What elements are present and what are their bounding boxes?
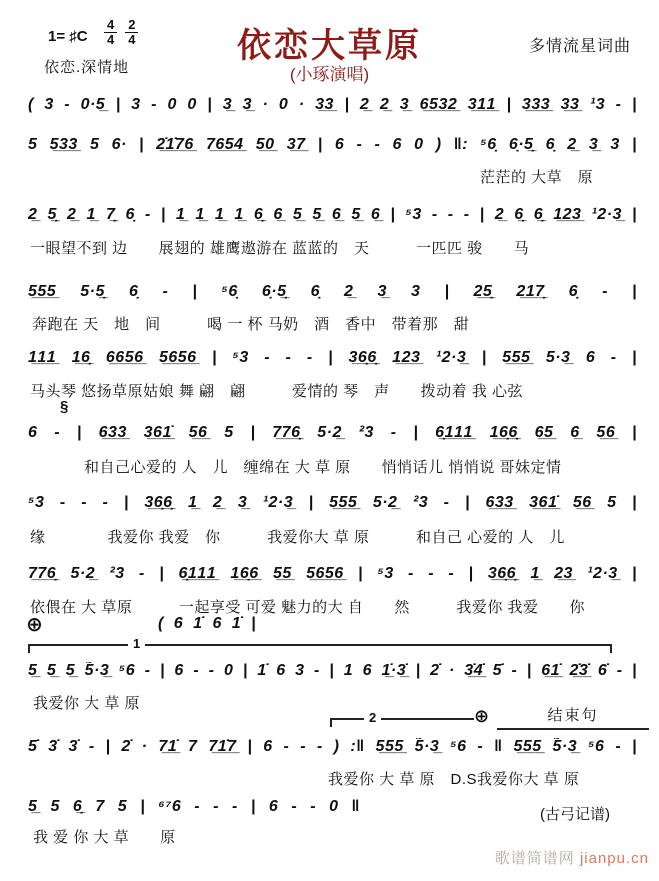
music-system-11: 5̲ 5 6̲̣ 7 5 | ⁶⁷6 - - - | 6 - - 0 ‖	[28, 798, 360, 825]
coda-icon: ⊕	[474, 706, 489, 727]
lyrics-line-4: 马头琴 悠扬草原姑娘 舞 翩 翩 爱情的 琴 声 拨动着 我 心弦	[30, 380, 523, 401]
first-ending-label: 1	[128, 636, 145, 651]
segno-icon: §	[60, 398, 68, 415]
notation-credit: (古弓记谱)	[540, 803, 610, 824]
lyrics-line-3: 奔跑在 天 地 间 喝 一 杯 马奶 酒 香中 带着那 甜	[32, 313, 469, 334]
second-ending-bracket: 2	[330, 718, 474, 727]
lyrics-line-1: 茫茫的 大草 原	[480, 166, 593, 187]
lyrics-line-2: 一眼望不到 边 展翅的 雄鹰遨游在 蓝蓝的 天 一匹匹 骏 马	[30, 237, 529, 258]
ending-phrase-label: 结束句	[497, 704, 649, 730]
sheet-music-page: 1= ♯C 4 4 2 4 依恋.深情地 依恋大草原 (小琢演唱) 多情流星词曲…	[0, 0, 659, 881]
music-system-2: 5 5̲3̲3̲ 5 6· | 2̲̇1̲̇7̲6̲ 7̲6̲5̲4̲ 5̲0̲…	[28, 136, 637, 163]
first-ending-bracket: 1	[28, 644, 612, 653]
music-system-10: 5̇ 3̇ 3̇ - | 2̇ · 7̲1̲̇ 7 7̲1̲̇7̲ | 6 - …	[28, 738, 637, 765]
coda-icon: ⊕	[26, 612, 43, 637]
watermark-site-url: jianpu.cn	[580, 850, 649, 867]
pickup-notes: ( 6 1̇ 6 1̇ |	[158, 615, 259, 633]
music-system-8: 7̲7̲6̲̣ 5·2̲ ²3 - | 6̲̣1̲1̲1̲ 1̲6̲̣6̲ 5̲…	[28, 565, 637, 592]
music-system-5: 1̲1̲1̲ 1̲6̲̣ 6̲6̲5̲6̲ 5̲6̲5̲6̲ | ⁵3 - - …	[28, 349, 637, 376]
music-system-7: ⁵3 - - - | 3̲6̲̣6̲̣ 1̲ 2̲ 3̲ ¹2·3̲ | 5̲5…	[28, 494, 637, 521]
lyrics-line-8: 我爱你 大 草 原	[33, 692, 140, 713]
watermark: 歌谱简谱网 jianpu.cn	[495, 847, 649, 868]
music-system-9: 5̲ 5̲ 5̲ 5̃·3̲ ⁵6 - | 6 - - 0 | 1̇ 6 3 -…	[28, 662, 637, 689]
lyrics-line-10: 我 爱 你 大 草 原	[33, 826, 176, 847]
second-ending-label: 2	[364, 710, 381, 725]
composer-credit: 多情流星词曲	[529, 33, 631, 56]
music-system-6: 6 - | 6̲3̲3̲ 3̲6̲1̲̇ 5̲6̲ 5 | 7̲7̲6̲̣ 5·…	[28, 424, 637, 451]
lyrics-line-9: 我爱你 大 草 原 D.S我爱你大 草 原	[328, 768, 579, 789]
watermark-site-name: 歌谱简谱网	[495, 850, 575, 867]
lyrics-line-7: 依偎在 大 草原 一起享受 可爱 魅力的大 自 然 我爱你 我爱 你	[30, 596, 585, 617]
lyrics-line-6: 缘 我爱你 我爱 你 我爱你大 草 原 和自己 心爱的 人 儿	[30, 526, 565, 547]
music-system-1: ( 3 - 0·5̲ | 3 - 0 0 | 3̲ 3̲ · 0 · 3̲3̲ …	[28, 96, 637, 123]
performer-subtitle: (小琢演唱)	[0, 60, 659, 85]
music-system-4: 5̲5̲5̲ 5·5̲̣ 6̣ - | ⁵6̣ 6̣·5̲̣ 6̣ 2̲ 3̲ …	[28, 283, 637, 310]
music-system-3: 2̲ 5̲̣ 2̲ 1̲ 7̲̣ 6̣ - | 1̲ 1̲ 1̲ 1̲ 6̲̣ …	[28, 206, 637, 233]
lyrics-line-5: 和自己心爱的 人 儿 缠绵在 大 草 原 悄悄话儿 悄悄说 哥妹定情	[84, 456, 562, 477]
